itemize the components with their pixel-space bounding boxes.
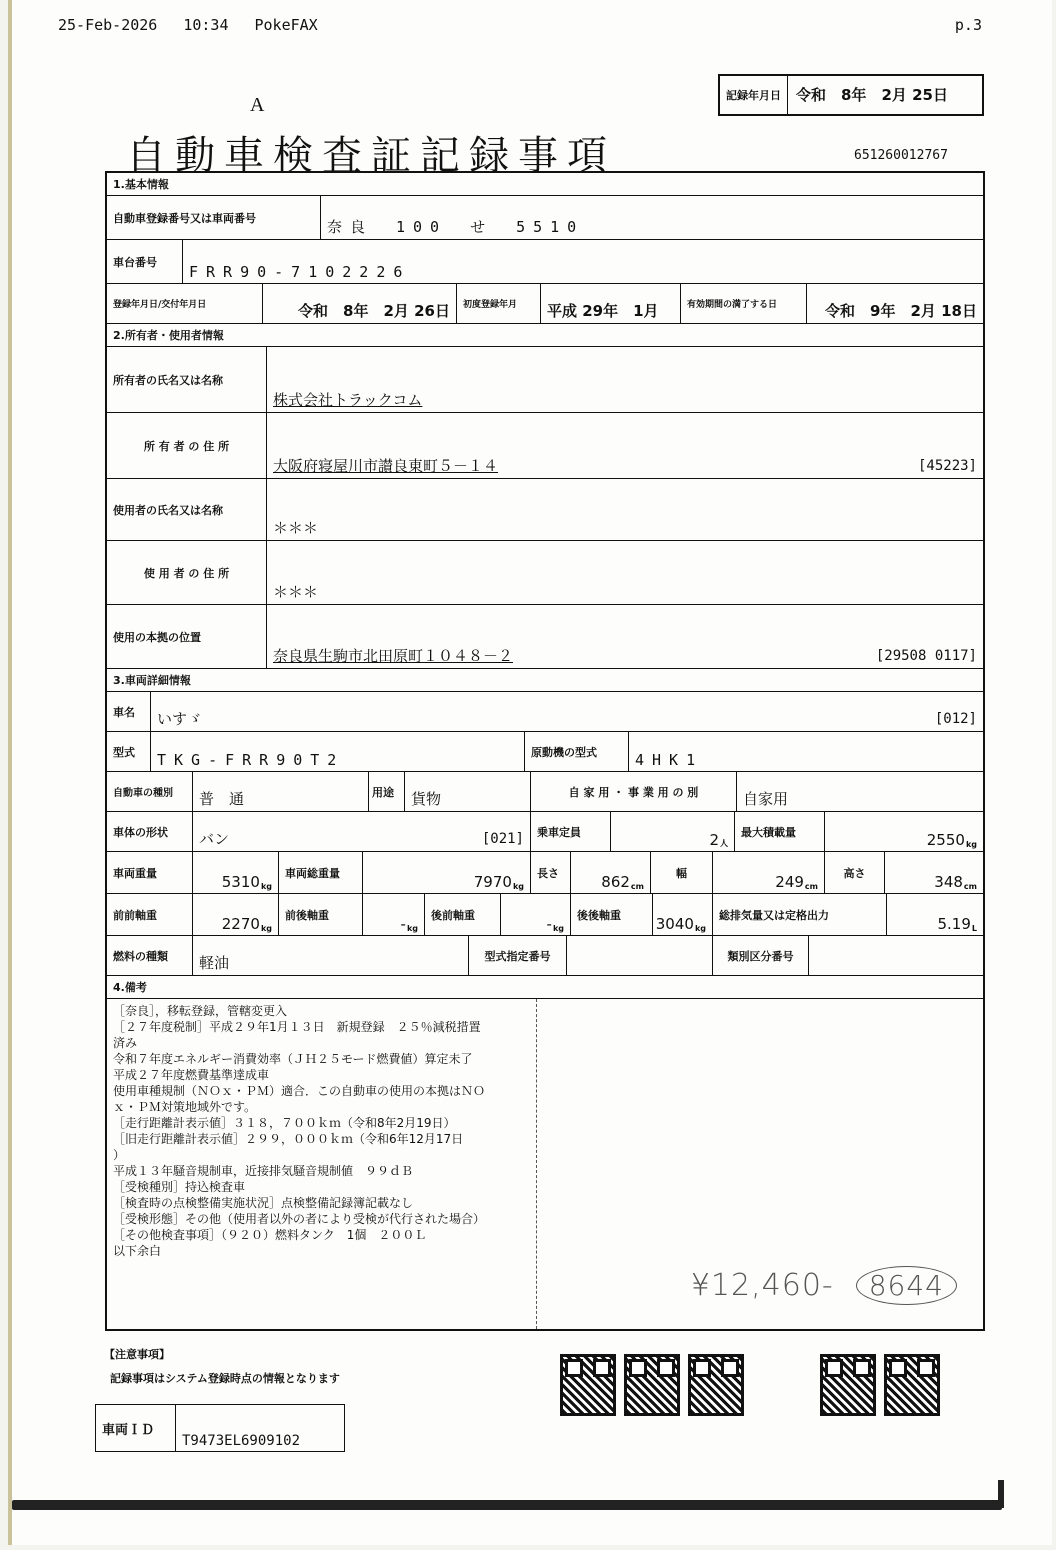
height-value: 348cm <box>885 852 983 893</box>
displacement-label: 総排気量又は定格出力 <box>713 894 887 935</box>
notice-title: 【注意事項】 <box>104 1346 170 1362</box>
base-location-value: 奈良県生駒市北田原町１０４８－２ [29508 0117] <box>267 605 983 668</box>
rf-axle-number: - <box>547 915 552 933</box>
maker-code: [012] <box>935 711 977 727</box>
expiry-date-label: 有効期間の満了する日 <box>681 284 807 323</box>
registration-date-label: 登録年月日/交付年月日 <box>107 284 263 323</box>
user-address-label: 使 用 者 の 住 所 <box>107 541 267 604</box>
section-owner-user-heading: 2.所有者・使用者情報 <box>107 324 230 346</box>
width-unit: cm <box>805 882 818 891</box>
width-value: 249cm <box>713 852 825 893</box>
ff-axle-label: 前前軸重 <box>107 894 193 935</box>
length-label: 長さ <box>531 852 571 893</box>
record-date-label: 記録年月日 <box>720 76 788 114</box>
user-name-label: 使用者の氏名又は名称 <box>107 479 267 540</box>
width-number: 249 <box>775 873 804 891</box>
capacity-value: 2人 <box>611 812 735 851</box>
max-load-value: 2550kg <box>825 812 983 851</box>
qr-code-icon <box>624 1354 680 1416</box>
qr-code-icon <box>884 1354 940 1416</box>
use-value: 貨物 <box>405 772 531 811</box>
fuel-label: 燃料の種類 <box>107 936 193 975</box>
fax-page-number: p.3 <box>955 16 982 34</box>
vehicle-class-value: 普 通 <box>193 772 369 811</box>
capacity-label: 乗車定員 <box>531 812 611 851</box>
remarks-line: ［２７年度税制］平成２９年1月１３日 新規登録 ２５％減税措置 <box>113 1019 530 1035</box>
vehicle-weight-unit: kg <box>261 882 272 891</box>
owner-name-value: 株式会社トラックコム <box>267 347 983 412</box>
section-remarks-heading: 4.備考 <box>107 976 153 998</box>
gross-weight-value: 7970kg <box>363 852 531 893</box>
owner-address-code: [45223] <box>918 458 977 474</box>
capacity-unit: 人 <box>720 838 728 849</box>
length-number: 862 <box>601 873 630 891</box>
vehicle-id-box: 車両ＩＤ T9473EL6909102 <box>95 1404 345 1452</box>
remarks-line: 平成２７年度燃費基準達成車 <box>113 1067 530 1083</box>
notice-text: 記録事項はシステム登録時点の情報となります <box>110 1370 340 1386</box>
registration-number-value: 奈良 100 せ 5510 <box>321 196 983 239</box>
vehicle-id-value: T9473EL6909102 <box>176 1405 344 1451</box>
capacity-number: 2 <box>709 831 719 849</box>
width-label: 幅 <box>651 852 713 893</box>
remarks-line: 使用車種規制（ＮＯｘ・ＰＭ）適合．この自動車の使用の本拠はＮＯ <box>113 1083 530 1099</box>
fax-app-name: PokeFAX <box>255 16 955 34</box>
remarks-line: ［その他検査事項］（９２０）燃料タンク 1個 ２００Ｌ <box>113 1227 530 1243</box>
category-number-label: 類別区分番号 <box>713 936 809 975</box>
vehicle-class-label: 自動車の種別 <box>107 772 193 811</box>
ff-axle-unit: kg <box>261 924 272 933</box>
remarks-line: ［旧走行距離計表示値］２９９，０００ｋｍ（令和6年12月17日 <box>113 1131 530 1147</box>
private-business-label: 自 家 用 ・ 事 業 用 の 別 <box>531 772 737 811</box>
base-location-text: 奈良県生駒市北田原町１０４８－２ <box>273 645 513 666</box>
rf-axle-label: 後前軸重 <box>425 894 501 935</box>
model-value: TKG-FRR90T2 <box>151 732 525 771</box>
remarks-line: 令和７年度エネルギー消費効率（ＪＨ２５モード燃費値）算定未了 <box>113 1051 530 1067</box>
fax-page: 25-Feb-2026 10:34 PokeFAX p.3 A 記録年月日 令和… <box>8 0 1052 1545</box>
engine-model-value: 4HK1 <box>629 732 983 771</box>
height-number: 348 <box>934 873 963 891</box>
remarks-line: 済み <box>113 1035 530 1051</box>
first-registration-label: 初度登録年月 <box>457 284 541 323</box>
form-mark: A <box>250 94 264 117</box>
registration-number-label: 自動車登録番号又は車両番号 <box>107 196 321 239</box>
rf-axle-value: -kg <box>501 894 571 935</box>
rr-axle-label: 後後軸重 <box>571 894 653 935</box>
qr-code-icon <box>688 1354 744 1416</box>
body-shape-code: [021] <box>482 831 524 847</box>
record-date-value: 令和 8年 2月 25日 <box>788 84 954 107</box>
model-label: 型式 <box>107 732 151 771</box>
fr-axle-value: -kg <box>363 894 425 935</box>
ff-axle-value: 2270kg <box>193 894 279 935</box>
owner-address-label: 所 有 者 の 住 所 <box>107 413 267 478</box>
ff-axle-number: 2270 <box>222 915 260 933</box>
rr-axle-value: 3040kg <box>653 894 713 935</box>
user-name-value: ＊＊＊ <box>267 479 983 540</box>
use-label: 用途 <box>369 772 405 811</box>
rr-axle-number: 3040 <box>656 915 694 933</box>
remarks-blank-area: ¥12,460- 8644 <box>537 999 983 1329</box>
body-shape-value: バン [021] <box>193 812 531 851</box>
vehicle-weight-value: 5310kg <box>193 852 279 893</box>
fr-axle-label: 前後軸重 <box>279 894 363 935</box>
owner-name-label: 所有者の氏名又は名称 <box>107 347 267 412</box>
displacement-value: 5.19L <box>887 894 983 935</box>
displacement-unit: L <box>972 924 977 933</box>
rr-axle-unit: kg <box>695 924 706 933</box>
max-load-label: 最大積載量 <box>735 812 825 851</box>
remarks-line: ［走行距離計表示値］３１８，７００ｋｍ（令和8年2月19日） <box>113 1115 530 1131</box>
owner-address-value: 大阪府寝屋川市讃良東町５－１４ [45223] <box>267 413 983 478</box>
body-shape-label: 車体の形状 <box>107 812 193 851</box>
section-basic-info-heading: 1.基本情報 <box>107 173 175 195</box>
remarks-line: 平成１３年騒音規制車，近接排気騒音規制値 ９９ｄＢ <box>113 1163 530 1179</box>
document-number: 651260012767 <box>854 148 948 163</box>
gross-weight-number: 7970 <box>474 873 512 891</box>
handwritten-amount: ¥12,460- <box>691 1268 834 1303</box>
chassis-number-label: 車台番号 <box>107 240 183 283</box>
page-bottom-edge <box>12 1500 1002 1510</box>
body-shape-text: バン <box>199 828 229 849</box>
remarks-line: ［受検種別］持込検査車 <box>113 1179 530 1195</box>
length-unit: cm <box>631 882 644 891</box>
first-registration-value: 平成 29年 1月 <box>541 284 681 323</box>
displacement-number: 5.19 <box>937 915 970 933</box>
base-location-label: 使用の本拠の位置 <box>107 605 267 668</box>
fuel-value: 軽油 <box>193 936 469 975</box>
user-address-value: ＊＊＊ <box>267 541 983 604</box>
max-load-unit: kg <box>966 840 977 849</box>
fax-time: 10:34 <box>183 16 228 34</box>
remarks-line: 以下余白 <box>113 1243 530 1259</box>
base-location-code: [29508 0117] <box>876 648 977 664</box>
maker-value: いすゞ [012] <box>151 692 983 731</box>
remarks-line: ［奈良］，移転登録，管轄変更入 <box>113 1003 530 1019</box>
fr-axle-number: - <box>401 915 406 933</box>
remarks-line: ［受検形態］その他（使用者以外の者により受検が代行された場合） <box>113 1211 530 1227</box>
page-corner-mark <box>998 1480 1004 1508</box>
owner-address-text: 大阪府寝屋川市讃良東町５－１４ <box>273 455 498 476</box>
height-label: 高さ <box>825 852 885 893</box>
gross-weight-label: 車両総重量 <box>279 852 363 893</box>
registration-date-value: 令和 8年 2月 26日 <box>263 284 457 323</box>
category-number-value <box>809 936 983 975</box>
fr-axle-unit: kg <box>407 924 418 933</box>
type-designation-label: 型式指定番号 <box>469 936 567 975</box>
vehicle-id-label: 車両ＩＤ <box>96 1405 176 1451</box>
chassis-number-value: FRR90-7102226 <box>183 240 983 283</box>
vehicle-weight-label: 車両重量 <box>107 852 193 893</box>
qr-code-icon <box>560 1354 616 1416</box>
handwritten-circled-number: 8644 <box>856 1266 957 1305</box>
record-date-box: 記録年月日 令和 8年 2月 25日 <box>718 74 984 116</box>
fax-header: 25-Feb-2026 10:34 PokeFAX p.3 <box>58 16 982 34</box>
type-designation-value <box>567 936 713 975</box>
private-business-value: 自家用 <box>737 772 983 811</box>
engine-model-label: 原動機の型式 <box>525 732 629 771</box>
expiry-date-value: 令和 9年 2月 18日 <box>807 284 983 323</box>
vehicle-weight-number: 5310 <box>222 873 260 891</box>
remarks-text: ［奈良］，移転登録，管轄変更入 ［２７年度税制］平成２９年1月１３日 新規登録 … <box>107 999 537 1329</box>
rf-axle-unit: kg <box>553 924 564 933</box>
section-vehicle-detail-heading: 3.車両詳細情報 <box>107 669 197 691</box>
remarks-line: ） <box>113 1147 530 1163</box>
gross-weight-unit: kg <box>513 882 524 891</box>
maker-label: 車名 <box>107 692 151 731</box>
remarks-line: ｘ・ＰＭ対策地域外です。 <box>113 1099 530 1115</box>
length-value: 862cm <box>571 852 651 893</box>
inspection-record-form: 1.基本情報 自動車登録番号又は車両番号 奈良 100 せ 5510 車台番号 … <box>105 171 985 1331</box>
max-load-number: 2550 <box>927 831 965 849</box>
maker-text: いすゞ <box>157 708 202 729</box>
fax-date: 25-Feb-2026 <box>58 16 157 34</box>
handwritten-note: ¥12,460- 8644 <box>691 1266 957 1305</box>
height-unit: cm <box>964 882 977 891</box>
remarks-line: ［検査時の点検整備実施状況］点検整備記録簿記載なし <box>113 1195 530 1211</box>
qr-code-icon <box>820 1354 876 1416</box>
